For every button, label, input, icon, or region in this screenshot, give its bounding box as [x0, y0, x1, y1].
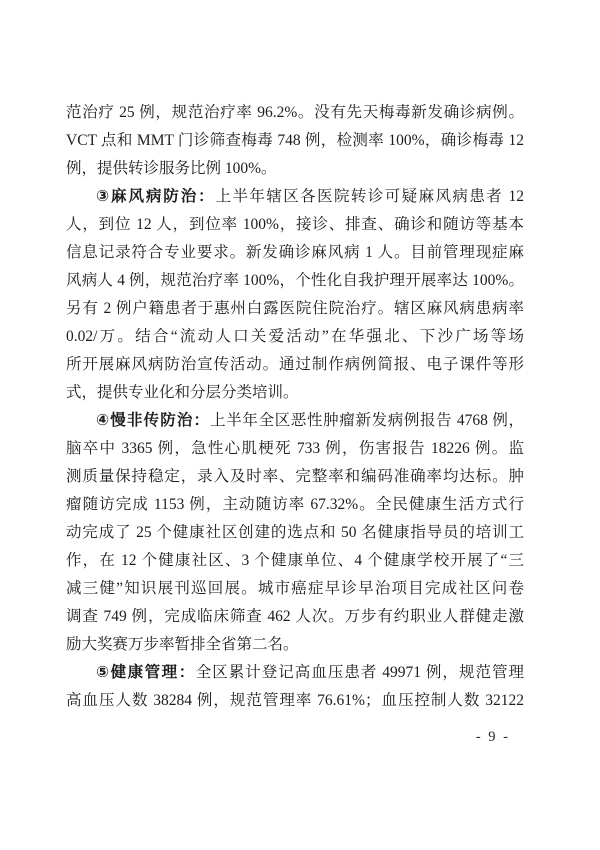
- text-line: 瘤随访完成 1153 例，主动随访率 67.32%。全民健康生活方式行: [66, 491, 524, 519]
- text-line: 高血压人数 38284 例，规范管理率 76.61%；血压控制人数 32122: [66, 687, 524, 715]
- text-line: 另有 2 例户籍患者于惠州白露医院住院治疗。辖区麻风病患病率: [66, 295, 524, 323]
- text-line: 范治疗 25 例，规范治疗率 96.2%。没有先天梅毒新发确诊病例。: [66, 99, 524, 127]
- text-line: 0.02/万。结合“流动人口关爱活动”在华强北、下沙广场等场: [66, 323, 524, 351]
- text-run: 上半年全区恶性肿瘤新发病例报告 4768 例，: [210, 412, 524, 429]
- text-line: 脑卒中 3365 例，急性心肌梗死 733 例，伤害报告 18226 例。监: [66, 435, 524, 463]
- text-line: 式，提供专业化和分层分类培训。: [66, 379, 524, 407]
- text-line: 人，到位 12 人，到位率 100%，接诊、排查、确诊和随访等基本: [66, 211, 524, 239]
- text-line: 动完成了 25 个健康社区创建的选点和 50 名健康指导员的培训工: [66, 519, 524, 547]
- text-line: 所开展麻风病防治宣传活动。通过制作病例简报、电子课件等形: [66, 351, 524, 379]
- page-number: - 9 -: [476, 729, 510, 746]
- text-line: VCT 点和 MMT 门诊筛查梅毒 748 例，检测率 100%，确诊梅毒 12: [66, 127, 524, 155]
- text-line: ③麻风病防治：上半年辖区各医院转诊可疑麻风病患者 12: [66, 183, 524, 211]
- text-line: ⑤健康管理：全区累计登记高血压患者 49971 例，规范管理: [66, 659, 524, 687]
- text-line: ④慢非传防治：上半年全区恶性肿瘤新发病例报告 4768 例，: [66, 407, 524, 435]
- section-4-heading-chronic-disease-prevention: ④慢非传防治：: [96, 412, 210, 429]
- text-line: 测质量保持稳定，录入及时率、完整率和编码准确率均达标。肿: [66, 463, 524, 491]
- document-body: 范治疗 25 例，规范治疗率 96.2%。没有先天梅毒新发确诊病例。 VCT 点…: [66, 99, 524, 715]
- text-line: 作，在 12 个健康社区、3 个健康单位、4 个健康学校开展了“三: [66, 547, 524, 575]
- text-line: 风病人 4 例，规范治疗率 100%，个性化自我护理开展率达 100%。: [66, 267, 524, 295]
- text-run: 上半年辖区各医院转诊可疑麻风病患者 12: [216, 188, 524, 205]
- section-5-heading-health-management: ⑤健康管理：: [96, 664, 196, 681]
- text-run: 全区累计登记高血压患者 49971 例，规范管理: [196, 664, 524, 681]
- document-page: 范治疗 25 例，规范治疗率 96.2%。没有先天梅毒新发确诊病例。 VCT 点…: [0, 0, 600, 850]
- section-3-heading-leprosy-prevention: ③麻风病防治：: [96, 188, 216, 205]
- text-line: 例，提供转诊服务比例 100%。: [66, 155, 524, 183]
- text-line: 励大奖赛万步率暂排全省第二名。: [66, 631, 524, 659]
- text-line: 信息记录符合专业要求。新发确诊麻风病 1 人。目前管理现症麻: [66, 239, 524, 267]
- text-line: 减三健”知识展刊巡回展。城市癌症早诊早治项目完成社区问卷: [66, 575, 524, 603]
- text-line: 调查 749 例，完成临床筛查 462 人次。万步有约职业人群健走激: [66, 603, 524, 631]
